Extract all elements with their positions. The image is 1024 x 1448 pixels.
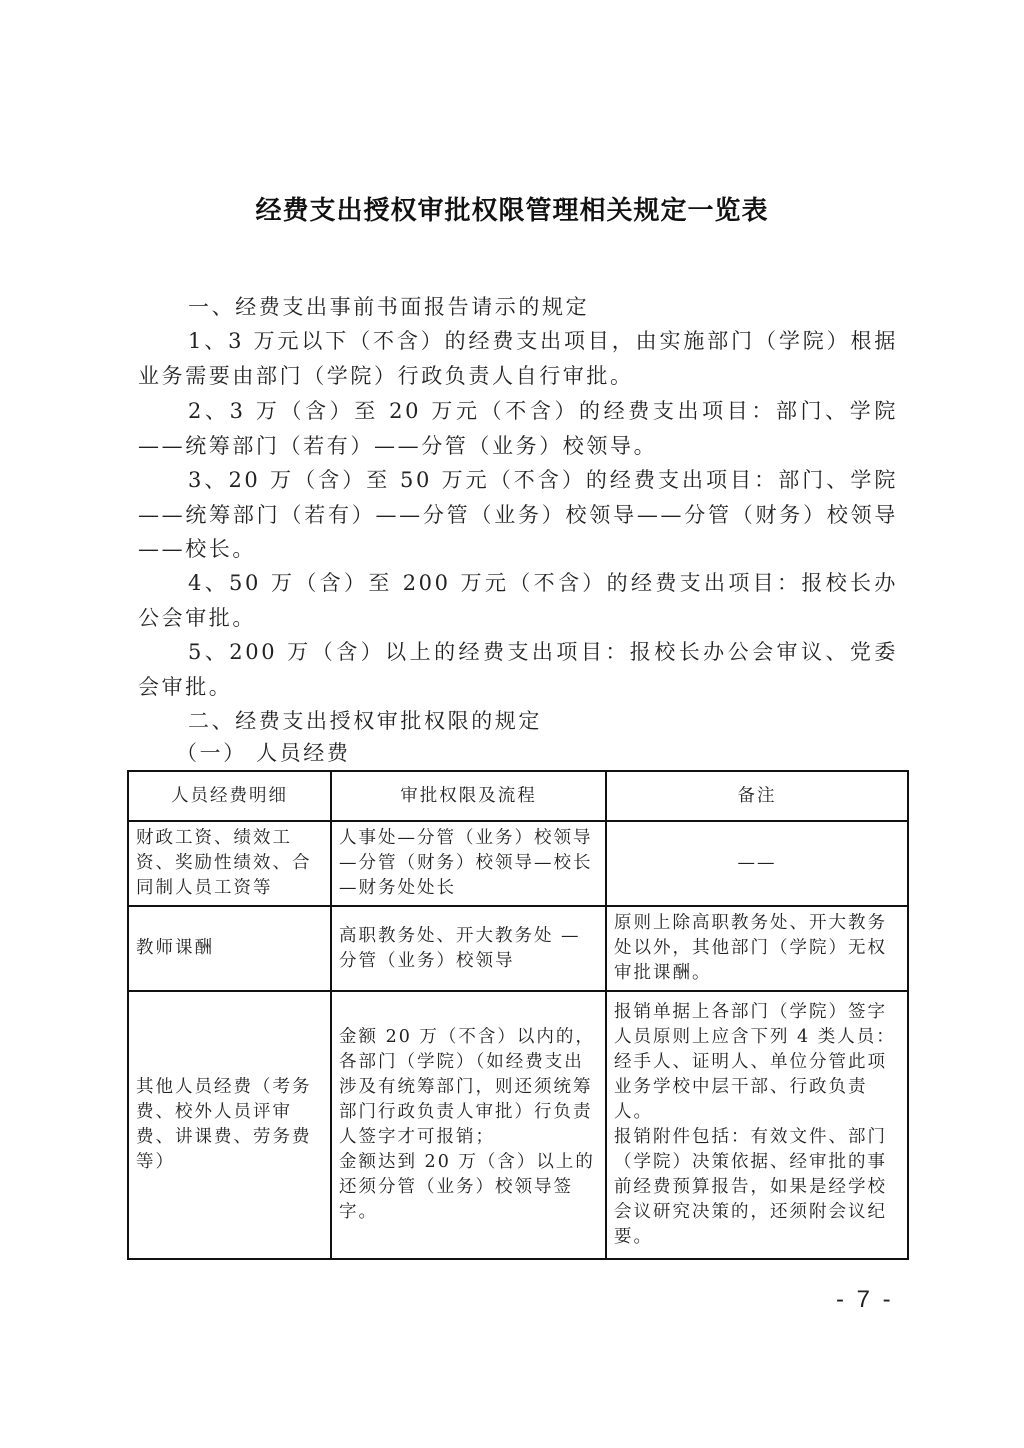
section1-item-2: 2、3 万（含）至 20 万元（不含）的经费支出项目：部门、学院——统筹部门（若…: [138, 394, 898, 463]
header-remark: 备注: [606, 771, 908, 821]
section1-item-1: 1、3 万元以下（不含）的经费支出项目，由实施部门（学院）根据业务需要由部门（学…: [138, 324, 898, 393]
page-number: - 7 -: [836, 1286, 894, 1314]
remark-line: 报销附件包括：有效文件、部门（学院）决策依据、经审批的事前经费预算报告，如果是经…: [614, 1125, 900, 1250]
table-row: 财政工资、绩效工资、奖励性绩效、合同制人员工资等 人事处—分管（业务）校领导—分…: [128, 821, 908, 906]
process-line: 金额达到 20 万（含）以上的还须分管（业务）校领导签字。: [339, 1150, 598, 1225]
process-line: 金额 20 万（不含）以内的，各部门（学院）（如经费支出涉及有统筹部门，则还须统…: [339, 1025, 598, 1150]
header-process: 审批权限及流程: [331, 771, 606, 821]
row-remark: ——: [606, 821, 908, 906]
section2-subheading: （一） 人员经费: [138, 736, 898, 771]
row-process: 人事处—分管（业务）校领导—分管（财务）校领导—校长—财务处处长: [331, 821, 606, 906]
header-detail: 人员经费明细: [128, 771, 331, 821]
row-remark: 原则上除高职教务处、开大教务处以外，其他部门（学院）无权审批课酬。: [606, 906, 908, 991]
section1-item-5: 5、200 万（含）以上的经费支出项目：报校长办公会审议、党委会审批。: [138, 635, 898, 704]
section2-heading: 二、经费支出授权审批权限的规定: [138, 704, 898, 739]
table-row: 其他人员经费（考务费、校外人员评审费、讲课费、劳务费等） 金额 20 万（不含）…: [128, 991, 908, 1259]
table-header-row: 人员经费明细 审批权限及流程 备注: [128, 771, 908, 821]
row-detail: 财政工资、绩效工资、奖励性绩效、合同制人员工资等: [128, 821, 331, 906]
row-detail: 其他人员经费（考务费、校外人员评审费、讲课费、劳务费等）: [128, 991, 331, 1259]
personnel-expense-table: 人员经费明细 审批权限及流程 备注 财政工资、绩效工资、奖励性绩效、合同制人员工…: [127, 770, 909, 1260]
remark-line: 报销单据上各部门（学院）签字人员原则上应含下列 4 类人员：经手人、证明人、单位…: [614, 1000, 900, 1125]
section1-item-4: 4、50 万（含）至 200 万元（不含）的经费支出项目：报校长办公会审批。: [138, 566, 898, 635]
section1-heading: 一、经费支出事前书面报告请示的规定: [138, 290, 898, 325]
table-row: 教师课酬 高职教务处、开大教务处 —分管（业务）校领导 原则上除高职教务处、开大…: [128, 906, 908, 991]
row-remark: 报销单据上各部门（学院）签字人员原则上应含下列 4 类人员：经手人、证明人、单位…: [606, 991, 908, 1259]
row-process: 高职教务处、开大教务处 —分管（业务）校领导: [331, 906, 606, 991]
section1-item-3: 3、20 万（含）至 50 万元（不含）的经费支出项目：部门、学院——统筹部门（…: [138, 463, 898, 567]
row-process: 金额 20 万（不含）以内的，各部门（学院）（如经费支出涉及有统筹部门，则还须统…: [331, 991, 606, 1259]
document-title: 经费支出授权审批权限管理相关规定一览表: [0, 190, 1024, 227]
row-detail: 教师课酬: [128, 906, 331, 991]
